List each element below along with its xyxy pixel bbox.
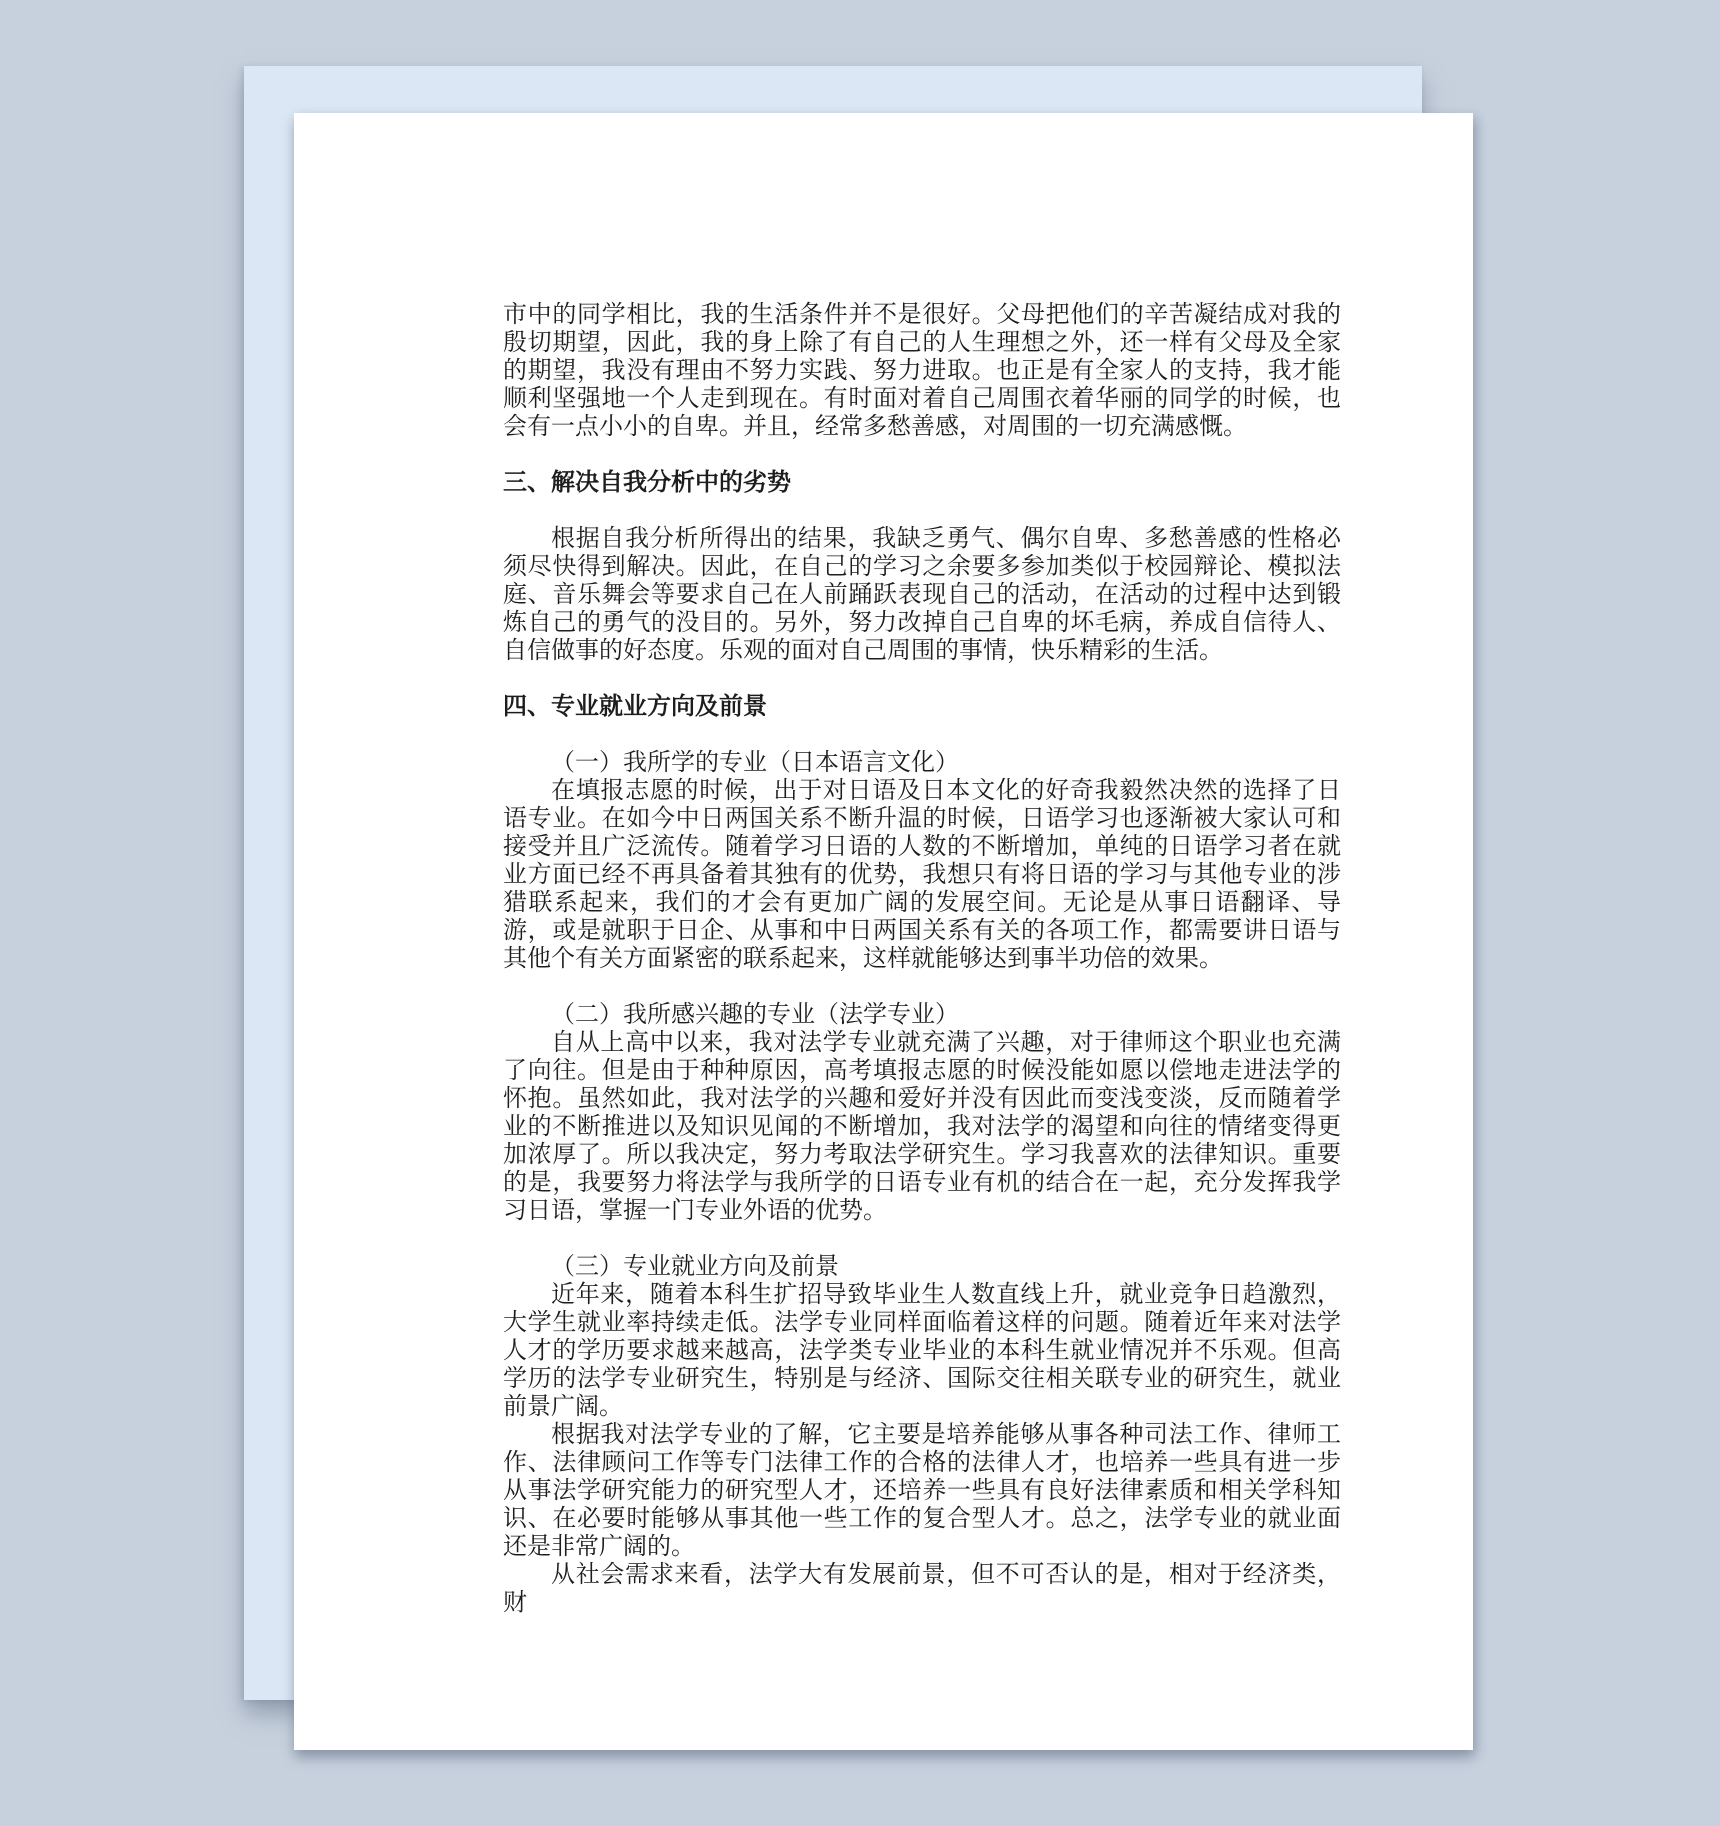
paragraph: 根据自我分析所得出的结果，我缺乏勇气、偶尔自卑、多愁善感的性格必须尽快得到解决。… <box>503 525 1341 665</box>
section-heading-3: 三、解决自我分析中的劣势 <box>503 469 1341 497</box>
sub-heading-3: （三）专业就业方向及前景 <box>503 1253 1341 1281</box>
paragraph: 市中的同学相比，我的生活条件并不是很好。父母把他们的辛苦凝结成对我的殷切期望，因… <box>503 301 1341 441</box>
desk-background: 市中的同学相比，我的生活条件并不是很好。父母把他们的辛苦凝结成对我的殷切期望，因… <box>0 0 1720 1826</box>
paragraph: 自从上高中以来，我对法学专业就充满了兴趣，对于律师这个职业也充满了向往。但是由于… <box>503 1029 1341 1225</box>
section-heading-4: 四、专业就业方向及前景 <box>503 693 1341 721</box>
paragraph: 根据我对法学专业的了解，它主要是培养能够从事各种司法工作、律师工作、法律顾问工作… <box>503 1421 1341 1561</box>
sub-heading-2: （二）我所感兴趣的专业（法学专业） <box>503 1001 1341 1029</box>
paragraph: 近年来，随着本科生扩招导致毕业生人数直线上升，就业竞争日趋激烈，大学生就业率持续… <box>503 1281 1341 1421</box>
paragraph: 在填报志愿的时候，出于对日语及日本文化的好奇我毅然决然的选择了日语专业。在如今中… <box>503 777 1341 973</box>
sub-heading-1: （一）我所学的专业（日本语言文化） <box>503 749 1341 777</box>
document-body: 市中的同学相比，我的生活条件并不是很好。父母把他们的辛苦凝结成对我的殷切期望，因… <box>503 301 1341 1617</box>
paragraph: 从社会需求来看，法学大有发展前景，但不可否认的是，相对于经济类，财 <box>503 1561 1341 1617</box>
document-page: 市中的同学相比，我的生活条件并不是很好。父母把他们的辛苦凝结成对我的殷切期望，因… <box>294 113 1473 1750</box>
